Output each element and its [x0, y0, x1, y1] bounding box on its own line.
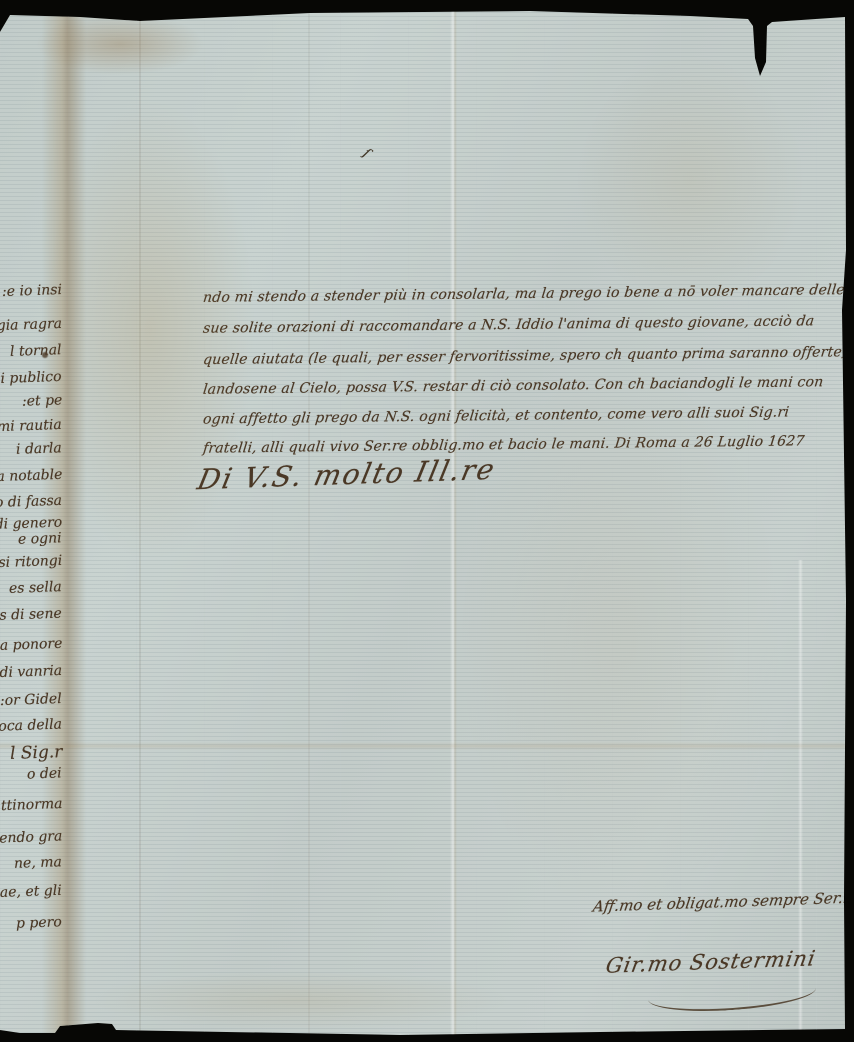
margin-fragment: à a ponore: [0, 636, 62, 655]
margin-fragment: l Sig.r: [9, 742, 62, 764]
margin-fragment: si ritongi.: [0, 553, 62, 571]
margin-fragment: i publico,: [0, 369, 62, 387]
paper-wrinkle: [308, 0, 310, 1042]
margin-fragment: o dei: [27, 765, 62, 782]
margin-fragment: ttinorma: [0, 796, 62, 814]
letter-line: sue solite orazioni di raccomandare a N.…: [202, 313, 815, 336]
margin-fragment: i darla: [16, 440, 62, 458]
margin-fragment: olae, et gli: [0, 883, 62, 902]
signature-flourish: [647, 972, 817, 1016]
signature-line: Aff.mo et obligat.mo sempre Ser.re: [592, 888, 854, 915]
letter-line-with-date: fratelli, alli quali vivo Ser.re obblig.…: [202, 433, 805, 456]
margin-fragment: or Gidel:: [0, 691, 62, 709]
margin-fragment: es sella: [9, 579, 62, 597]
paper-wrinkle: [139, 0, 141, 1042]
letter-line: landosene al Cielo, possa V.S. restar di…: [202, 374, 824, 398]
page-fold-crease: [42, 0, 86, 1042]
margin-fragment: di vanria.: [0, 663, 62, 681]
center-fold-crease: [450, 0, 457, 1042]
margin-fragment: a notable.: [0, 467, 62, 485]
margin-fragment: l è di genero: [0, 514, 62, 533]
margin-fragment: e ogni: [18, 530, 62, 548]
letter-line: ogni affetto gli prego da N.S. ogni feli…: [202, 404, 790, 427]
margin-fragment: l tornal: [10, 342, 62, 360]
margin-fragment: nos di sene: [0, 606, 62, 625]
signature-name: Gir.mo Sostermini: [604, 946, 818, 977]
closing-salutation: Di V.S. molto Ill.re: [195, 453, 500, 497]
right-fold-crease: [798, 560, 803, 1042]
margin-fragment: p pero: [16, 914, 62, 932]
margin-fragment: gia ragra:: [0, 316, 62, 334]
horizontal-fold-crease: [0, 742, 854, 750]
margin-fragment: sapendo gra:: [0, 828, 62, 847]
stray-ink-mark: ſ: [360, 146, 373, 161]
letter-line: quelle aiutata (le quali, per esser ferv…: [202, 344, 854, 368]
margin-fragment: no di fassa: [0, 493, 62, 512]
margin-fragment: ne, ma: [14, 854, 62, 872]
margin-fragment: mi rautia: [0, 417, 62, 435]
scanned-manuscript: e io insi: gia ragra: l tornal i publico…: [0, 0, 854, 1042]
manuscript-page: e io insi: gia ragra: l tornal i publico…: [0, 0, 854, 1042]
margin-fragment: e io insi:: [2, 282, 62, 300]
margin-fragment: et pe:: [21, 392, 62, 409]
ink-spot: [42, 352, 48, 358]
margin-fragment: l gioca della: [0, 717, 62, 736]
letter-line: ndo mi stendo a stender più in consolarl…: [202, 282, 846, 306]
